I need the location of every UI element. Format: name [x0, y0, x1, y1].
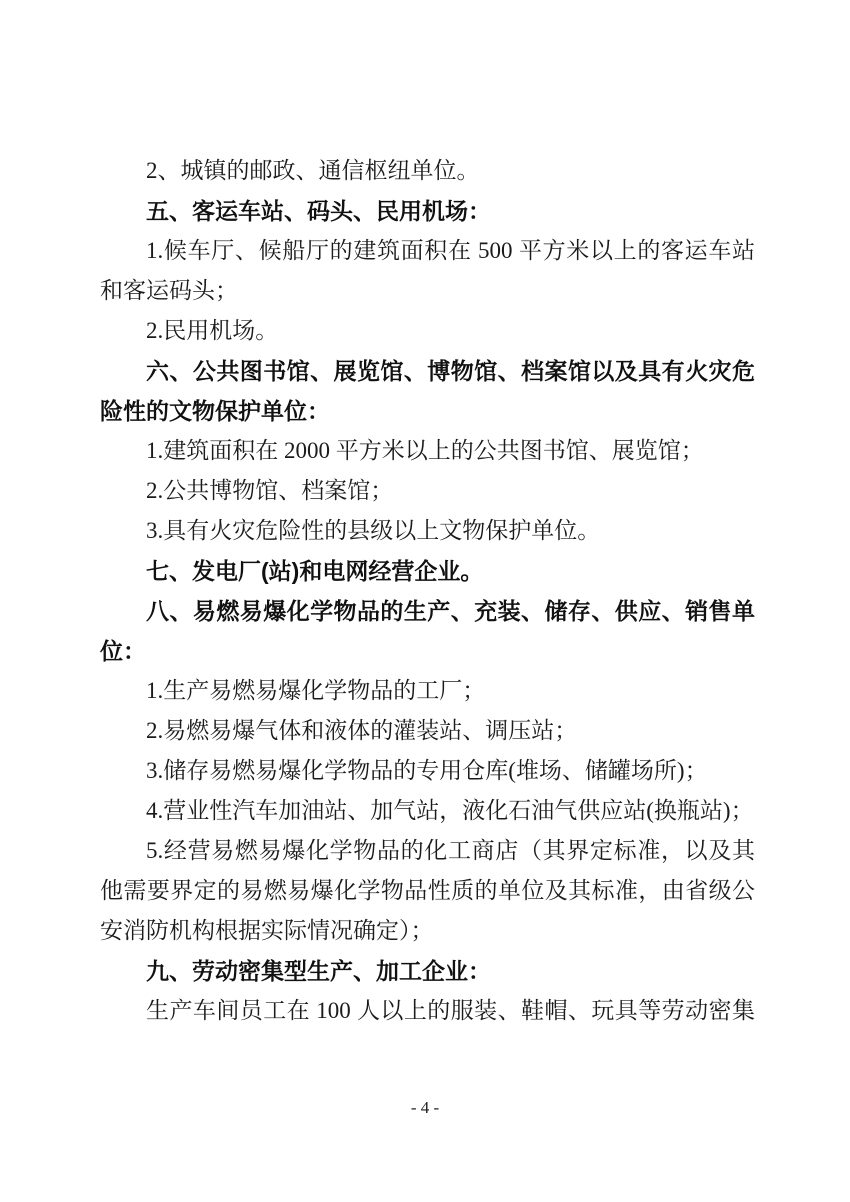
- section-heading-line: 九、劳动密集型生产、加工企业：: [100, 951, 755, 991]
- text-line: 1.建筑面积在 2000 平方米以上的公共图书馆、展览馆；: [100, 431, 755, 471]
- section-heading-line: 位：: [100, 631, 755, 671]
- text-line: 1.生产易燃易爆化学物品的工厂；: [100, 671, 755, 711]
- section-heading-line: 八、易燃易爆化学物品的生产、充装、储存、供应、销售单: [100, 591, 755, 631]
- text-line: 2.公共博物馆、档案馆；: [100, 471, 755, 511]
- section-heading-line: 七、发电厂(站)和电网经营企业。: [100, 551, 755, 591]
- text-line: 3.具有火灾危险性的县级以上文物保护单位。: [100, 511, 755, 551]
- page-number: - 4 -: [0, 1096, 850, 1120]
- section-heading-line: 险性的文物保护单位：: [100, 391, 755, 431]
- text-line: 5.经营易燃易爆化学物品的化工商店（其界定标准，以及其: [100, 831, 755, 871]
- document-body: 2、城镇的邮政、通信枢纽单位。五、客运车站、码头、民用机场：1.候车厅、候船厅的…: [100, 151, 755, 1031]
- text-line: 4.营业性汽车加油站、加气站，液化石油气供应站(换瓶站)；: [100, 791, 755, 831]
- text-line: 生产车间员工在 100 人以上的服装、鞋帽、玩具等劳动密集: [100, 991, 755, 1031]
- section-heading-line: 六、公共图书馆、展览馆、博物馆、档案馆以及具有火灾危: [100, 351, 755, 391]
- text-line: 安消防机构根据实际情况确定）；: [100, 911, 755, 951]
- text-line: 1.候车厅、候船厅的建筑面积在 500 平方米以上的客运车站: [100, 231, 755, 271]
- text-line: 他需要界定的易燃易爆化学物品性质的单位及其标准，由省级公: [100, 871, 755, 911]
- text-line: 2.民用机场。: [100, 311, 755, 351]
- text-line: 2.易燃易爆气体和液体的灌装站、调压站；: [100, 711, 755, 751]
- section-heading-line: 五、客运车站、码头、民用机场：: [100, 191, 755, 231]
- text-line: 2、城镇的邮政、通信枢纽单位。: [100, 151, 755, 191]
- text-line: 和客运码头；: [100, 271, 755, 311]
- text-line: 3.储存易燃易爆化学物品的专用仓库(堆场、储罐场所)；: [100, 751, 755, 791]
- document-page: 2、城镇的邮政、通信枢纽单位。五、客运车站、码头、民用机场：1.候车厅、候船厅的…: [0, 0, 850, 1202]
